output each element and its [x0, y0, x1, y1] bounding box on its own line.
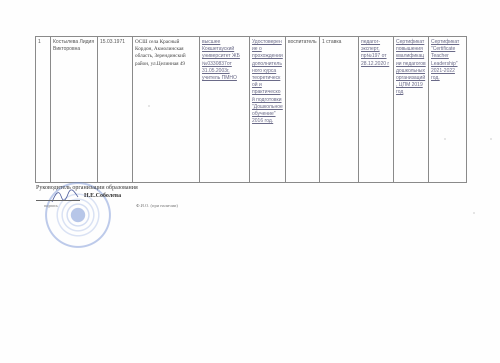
- certificate-1-text: Сертификат повышения квалификации педаго…: [396, 39, 426, 95]
- signature-label: подпись: [44, 203, 58, 208]
- document-page: 1 Костылева Лидия Викторовна 15.03.1971 …: [0, 0, 500, 363]
- category-text: педагог-эксперт, пр№197 от 28.12.2020 г: [361, 39, 389, 67]
- certificate-2-text: Сертификат "Certificate Teacher Leadersh…: [431, 39, 459, 81]
- scan-speck: [444, 138, 446, 140]
- cell-full-name: Костылева Лидия Викторовна: [51, 37, 98, 183]
- staff-table: 1 Костылева Лидия Викторовна 15.03.1971 …: [35, 36, 467, 183]
- education-text: высшее Кокшетауский университет ЖБ №0330…: [202, 39, 240, 81]
- scan-speck: [473, 212, 475, 214]
- cell-certificate-2: Сертификат "Certificate Teacher Leadersh…: [429, 37, 467, 183]
- signature-line: [36, 200, 80, 201]
- cell-position: воспитатель: [286, 37, 320, 183]
- cell-rate: 1 ставка: [320, 37, 359, 183]
- scan-speck: [148, 105, 150, 107]
- cell-category: педагог-эксперт, пр№197 от 28.12.2020 г: [359, 37, 394, 183]
- cell-address: ОСШ села Красный Кордон, Акмолинская обл…: [133, 37, 200, 183]
- cell-certificate-1: Сертификат повышения квалификации педаго…: [394, 37, 429, 183]
- scan-speck: [490, 138, 492, 140]
- cell-number: 1: [36, 37, 51, 183]
- fio-label: Ф.И.О. (при наличии): [136, 203, 178, 208]
- signatory-title: Руководитель организации образования: [36, 185, 138, 191]
- cell-birth-date: 15.03.1971: [98, 37, 133, 183]
- signatory-name: Н.Е.Соболева: [84, 193, 121, 199]
- table-row: 1 Костылева Лидия Викторовна 15.03.1971 …: [36, 37, 467, 183]
- cell-training: Удостоверение о прохождении дополнительн…: [250, 37, 286, 183]
- training-text: Удостоверение о прохождении дополнительн…: [252, 39, 283, 124]
- cell-education: высшее Кокшетауский университет ЖБ №0330…: [200, 37, 250, 183]
